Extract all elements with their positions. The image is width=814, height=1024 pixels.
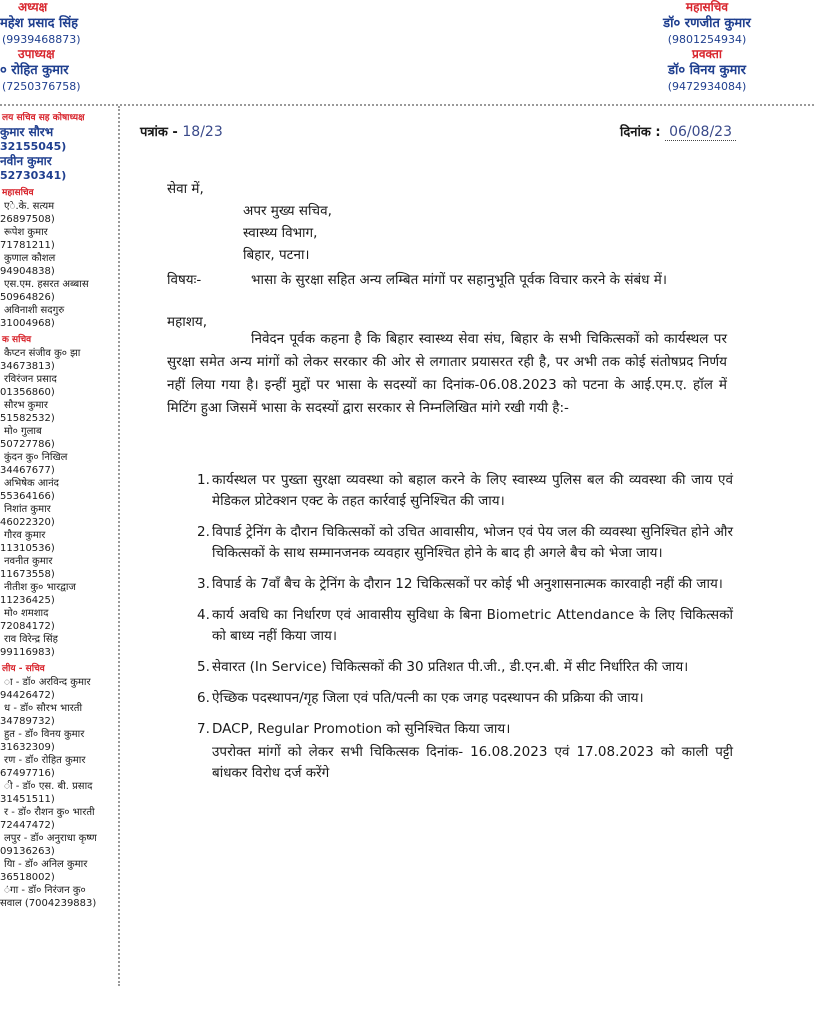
sidebar-member-name: लपुर - डॉ० अनुराधा कृष्ण xyxy=(0,832,116,845)
officer-phone: (7250376758) xyxy=(0,79,200,94)
demand-text: DACP, Regular Promotion को सुनिश्चित किय… xyxy=(212,719,733,740)
sidebar-member-phone: 31004968) xyxy=(0,317,116,330)
sidebar-member-name: यिा - डॉ० अनिल कुमार xyxy=(0,858,116,871)
header-right: महासचिव डॉ० रणजीत कुमार (9801254934) प्र… xyxy=(600,0,814,94)
sidebar-member-name: कुंदन कु० निखिल xyxy=(0,451,116,464)
sidebar-role-heading: लय सचिव सह कोषाध्यक्ष xyxy=(0,112,116,125)
sidebar-member-name: एे.के. सत्यम xyxy=(0,200,116,213)
demand-number: 5. xyxy=(197,657,210,678)
sidebar-member-name: राव विरेन्द्र सिंह xyxy=(0,633,116,646)
sidebar-member-phone: 50727786) xyxy=(0,438,116,451)
role-label: उपाध्यक्ष xyxy=(0,47,200,62)
header-left: अध्यक्ष महेश प्रसाद सिंह (9939468873) उप… xyxy=(0,0,200,94)
demand-text: कार्य अवधि का निर्धारण एवं आवासीय सुविधा… xyxy=(212,605,733,647)
address-line: स्वास्थ्य विभाग, xyxy=(167,222,332,244)
sidebar-member-phone: 50964826) xyxy=(0,291,116,304)
sidebar-member-phone: 94904838) xyxy=(0,265,116,278)
sidebar-role-heading: क सचिव xyxy=(0,334,116,347)
sidebar-member-name: ंगा - डॉ० निरंजन कु० xyxy=(0,884,116,897)
subject-label: विषयः- xyxy=(167,270,201,290)
letter-number: पत्रांक - 18/23 xyxy=(140,122,223,140)
reference-row: पत्रांक - 18/23 दिनांक : 06/08/23 xyxy=(140,122,740,152)
sidebar-member-name: नवीन कुमार xyxy=(0,154,116,169)
sidebar-member-phone: 11673558) xyxy=(0,568,116,581)
sidebar-role-heading: लीय - सचिव xyxy=(0,663,116,676)
sidebar-member-phone: 26897508) xyxy=(0,213,116,226)
sidebar-member-name: नवनीत कुमार xyxy=(0,555,116,568)
sidebar-member-phone: सवाल (7004239883) xyxy=(0,897,116,910)
officer-name: डॉ० रणजीत कुमार xyxy=(600,15,814,32)
demand-item: 4.कार्य अवधि का निर्धारण एवं आवासीय सुवि… xyxy=(197,605,733,647)
demand-number: 6. xyxy=(197,688,210,709)
demand-number: 4. xyxy=(197,605,210,626)
sidebar-member-phone: 72084172) xyxy=(0,620,116,633)
sidebar-member-name: रण - डॉ० रोहित कुमार xyxy=(0,754,116,767)
role-label: अध्यक्ष xyxy=(0,0,200,15)
recipient-block: सेवा में, अपर मुख्य सचिव, स्वास्थ्य विभा… xyxy=(167,178,332,266)
sidebar-member-phone: 36518002) xyxy=(0,871,116,884)
address-line: बिहार, पटना। xyxy=(167,244,332,266)
office-bearer-president: अध्यक्ष महेश प्रसाद सिंह (9939468873) xyxy=(0,0,200,47)
officer-name: महेश प्रसाद सिंह xyxy=(0,15,200,32)
role-label: महासचिव xyxy=(600,0,814,15)
letter-number-label: पत्रांक - xyxy=(140,125,178,140)
demand-item: 7.DACP, Regular Promotion को सुनिश्चित क… xyxy=(197,719,733,740)
sidebar-member-name: रविरंजन प्रसाद xyxy=(0,373,116,386)
sidebar-member-name: अविनाशी सदगुरु xyxy=(0,304,116,317)
demand-item: 5.सेवारत (In Service) चिकित्सकों की 30 प… xyxy=(197,657,733,678)
sidebar-member-name: एस.एम. हसरत अब्बास xyxy=(0,278,116,291)
sidebar-member-phone: 52730341) xyxy=(0,169,116,183)
officer-name: डॉ० विनय कुमार xyxy=(600,62,814,79)
sidebar-member-phone: 94426472) xyxy=(0,689,116,702)
sidebar-member-phone: 34673813) xyxy=(0,360,116,373)
sidebar-member-name: नीतीश कु० भारद्वाज xyxy=(0,581,116,594)
demand-item: 2.विपार्ड ट्रेनिंग के दौरान चिकित्सकों क… xyxy=(197,522,733,564)
sidebar-member-phone: 67497716) xyxy=(0,767,116,780)
sidebar-member-phone: 01356860) xyxy=(0,386,116,399)
subject-text: भासा के सुरक्षा सहित अन्य लम्बित मांगों … xyxy=(167,270,727,290)
role-label: प्रवक्ता xyxy=(600,47,814,62)
office-bearer-vice-president: उपाध्यक्ष ० रोहित कुमार (7250376758) xyxy=(0,47,200,94)
sidebar-member-name: ी - डॉ० एस. बी. प्रसाद xyxy=(0,780,116,793)
demand-item: 6.ऐच्छिक पदस्थापन/गृह जिला एवं पति/पत्नी… xyxy=(197,688,733,709)
sidebar-member-name: ध - डॉ० सौरभ भारती xyxy=(0,702,116,715)
to-label: सेवा में, xyxy=(167,178,332,200)
demand-text: सेवारत (In Service) चिकित्सकों की 30 प्र… xyxy=(212,657,733,678)
sidebar-member-phone: 32155045) xyxy=(0,140,116,154)
demand-text: कार्यस्थल पर पुख्ता सुरक्षा व्यवस्था को … xyxy=(212,470,733,512)
officer-name: ० रोहित कुमार xyxy=(0,62,200,79)
office-bearer-general-secretary: महासचिव डॉ० रणजीत कुमार (9801254934) xyxy=(600,0,814,47)
sidebar-divider xyxy=(118,106,120,986)
sidebar-member-phone: 11236425) xyxy=(0,594,116,607)
demand-number: 3. xyxy=(197,574,210,595)
sidebar-member-name: कुणाल कौशल xyxy=(0,252,116,265)
closing-paragraph: उपरोक्त मांगों को लेकर सभी चिकित्सक दिना… xyxy=(197,742,733,784)
sidebar-member-phone: 31451511) xyxy=(0,793,116,806)
demand-number: 1. xyxy=(197,470,210,491)
officer-phone: (9801254934) xyxy=(600,32,814,47)
sidebar-member-phone: 55364166) xyxy=(0,490,116,503)
sidebar-member-name: मो० शमशाद xyxy=(0,607,116,620)
sidebar-member-phone: 11310536) xyxy=(0,542,116,555)
sidebar-role-heading: महासचिव xyxy=(0,187,116,200)
letter-body: पत्रांक - 18/23 दिनांक : 06/08/23 सेवा म… xyxy=(140,122,740,152)
demands-list: 1.कार्यस्थल पर पुख्ता सुरक्षा व्यवस्था क… xyxy=(197,470,733,784)
sidebar-members: लय सचिव सह कोषाध्यक्षकुमार सौरभ32155045)… xyxy=(0,112,116,910)
demand-item: 1.कार्यस्थल पर पुख्ता सुरक्षा व्यवस्था क… xyxy=(197,470,733,512)
sidebar-member-phone: 34789732) xyxy=(0,715,116,728)
sidebar-member-phone: 09136263) xyxy=(0,845,116,858)
subject-block: विषयः- भासा के सुरक्षा सहित अन्य लम्बित … xyxy=(167,270,727,290)
officer-phone: (9472934084) xyxy=(600,79,814,94)
sidebar-member-phone: 46022320) xyxy=(0,516,116,529)
date-label: दिनांक : xyxy=(620,125,661,140)
sidebar-member-phone: 34467677) xyxy=(0,464,116,477)
sidebar-member-phone: 51582532) xyxy=(0,412,116,425)
office-bearer-spokesperson: प्रवक्ता डॉ० विनय कुमार (9472934084) xyxy=(600,47,814,94)
sidebar-member-name: गौरव कुमार xyxy=(0,529,116,542)
sidebar-member-name: कुमार सौरभ xyxy=(0,125,116,140)
demand-item: 3.विपार्ड के 7वॉं बैच के ट्रेनिंग के दौर… xyxy=(197,574,733,595)
address-line: अपर मुख्य सचिव, xyxy=(167,200,332,222)
sidebar-member-name: मो० गुलाब xyxy=(0,425,116,438)
demand-text: ऐच्छिक पदस्थापन/गृह जिला एवं पति/पत्नी क… xyxy=(212,688,733,709)
sidebar-member-name: र - डॉ० रौशन कु० भारती xyxy=(0,806,116,819)
sidebar-member-name: ा - डॉ० अरविन्द कुमार xyxy=(0,676,116,689)
sidebar-member-phone: 72447472) xyxy=(0,819,116,832)
header-divider xyxy=(0,104,814,106)
demand-text: विपार्ड ट्रेनिंग के दौरान चिकित्सकों को … xyxy=(212,522,733,564)
date-value: 06/08/23 xyxy=(665,124,736,141)
sidebar-member-name: हुत - डॉ० विनय कुमार xyxy=(0,728,116,741)
sidebar-member-name: रूपेश कुमार xyxy=(0,226,116,239)
sidebar-member-phone: 71781211) xyxy=(0,239,116,252)
letter-date: दिनांक : 06/08/23 xyxy=(620,122,736,140)
demand-text: विपार्ड के 7वॉं बैच के ट्रेनिंग के दौरान… xyxy=(212,574,733,595)
body-paragraph: निवेदन पूर्वक कहना है कि बिहार स्वास्थ्य… xyxy=(167,328,727,420)
letter-number-value: 18/23 xyxy=(182,124,222,140)
officer-phone: (9939468873) xyxy=(0,32,200,47)
demand-number: 7. xyxy=(197,719,210,740)
sidebar-member-name: अभिषेक आनंद xyxy=(0,477,116,490)
demand-number: 2. xyxy=(197,522,210,543)
sidebar-member-name: सौरभ कुमार xyxy=(0,399,116,412)
sidebar-member-phone: 99116983) xyxy=(0,646,116,659)
sidebar-member-name: निशांत कुमार xyxy=(0,503,116,516)
sidebar-member-name: कैप्टन संजीव कु० झा xyxy=(0,347,116,360)
sidebar-member-phone: 31632309) xyxy=(0,741,116,754)
